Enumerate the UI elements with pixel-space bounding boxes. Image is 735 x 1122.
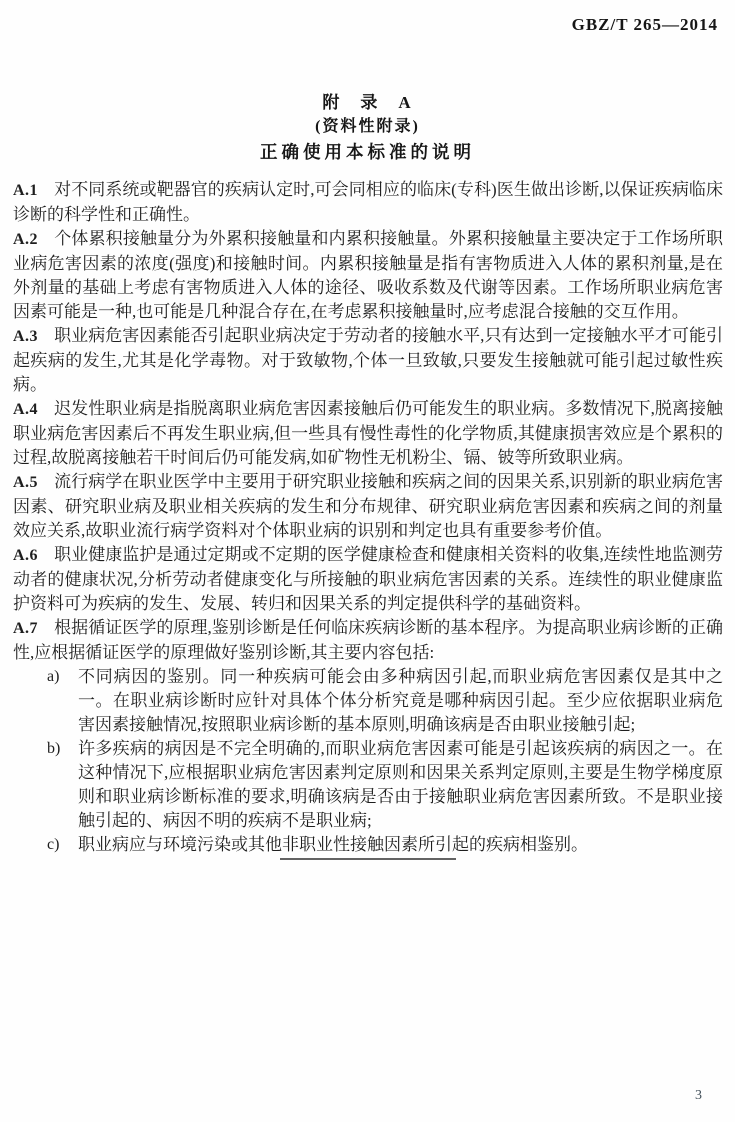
page-header: GBZ/T 265—2014 — [0, 15, 718, 35]
clause-a1: A.1对不同系统或靶器官的疾病认定时,可会同相应的临床(专科)医生做出诊断,以保… — [13, 178, 723, 227]
page-number: 3 — [695, 1088, 702, 1103]
clause-a3-label: A.3 — [13, 328, 38, 345]
standard-code: GBZ/T 265—2014 — [572, 15, 718, 34]
appendix-title-block: 附 录 A (资料性附录) 正确使用本标准的说明 — [0, 93, 735, 162]
clause-a1-text: 对不同系统或靶器官的疾病认定时,可会同相应的临床(专科)医生做出诊断,以保证疾病… — [13, 180, 723, 224]
list-item-c-text: 职业病应与环境污染或其他非职业性接触因素所引起的疾病相鉴别。 — [78, 835, 588, 854]
section-end-rule — [280, 858, 456, 860]
clause-a4-text: 迟发性职业病是指脱离职业病危害因素接触后仍可能发生的职业病。多数情况下,脱离接触… — [13, 399, 723, 467]
clause-a6: A.6职业健康监护是通过定期或不定期的医学健康检查和健康相关资料的收集,连续性地… — [13, 543, 723, 616]
list-item-a: a)不同病因的鉴别。同一种疾病可能会由多种病因引起,而职业病危害因素仅是其中之一… — [13, 665, 723, 737]
appendix-subject: 正确使用本标准的说明 — [0, 142, 735, 162]
clause-a3-text: 职业病危害因素能否引起职业病决定于劳动者的接触水平,只有达到一定接触水平才可能引… — [13, 326, 723, 394]
page-footer: 3 — [0, 1086, 702, 1104]
clause-a2: A.2个体累积接触量分为外累积接触量和内累积接触量。外累积接触量主要决定于工作场… — [13, 227, 723, 324]
clause-a4: A.4迟发性职业病是指脱离职业病危害因素接触后仍可能发生的职业病。多数情况下,脱… — [13, 397, 723, 470]
document-page: GBZ/T 265—2014 附 录 A (资料性附录) 正确使用本标准的说明 … — [0, 0, 735, 1122]
clause-a7-text: 根据循证医学的原理,鉴别诊断是任何临床疾病诊断的基本程序。为提高职业病诊断的正确… — [13, 618, 723, 662]
list-item-a-text: 不同病因的鉴别。同一种疾病可能会由多种病因引起,而职业病危害因素仅是其中之一。在… — [78, 667, 723, 734]
list-item-b: b)许多疾病的病因是不完全明确的,而职业病危害因素可能是引起该疾病的病因之一。在… — [13, 737, 723, 833]
clause-a1-label: A.1 — [13, 182, 38, 199]
clause-a4-label: A.4 — [13, 401, 38, 418]
clause-a7: A.7根据循证医学的原理,鉴别诊断是任何临床疾病诊断的基本程序。为提高职业病诊断… — [13, 616, 723, 665]
clause-a5-text: 流行病学在职业医学中主要用于研究职业接触和疾病之间的因果关系,识别新的职业病危害… — [13, 472, 723, 540]
clause-a6-label: A.6 — [13, 547, 38, 564]
clause-a7-label: A.7 — [13, 620, 38, 637]
list-item-c: c)职业病应与环境污染或其他非职业性接触因素所引起的疾病相鉴别。 — [13, 833, 723, 857]
clause-a2-text: 个体累积接触量分为外累积接触量和内累积接触量。外累积接触量主要决定于工作场所职业… — [13, 229, 723, 321]
body-text: A.1对不同系统或靶器官的疾病认定时,可会同相应的临床(专科)医生做出诊断,以保… — [13, 178, 723, 857]
appendix-type: (资料性附录) — [0, 118, 735, 136]
list-item-a-label: a) — [47, 665, 59, 689]
list-item-b-text: 许多疾病的病因是不完全明确的,而职业病危害因素可能是引起该疾病的病因之一。在这种… — [78, 739, 723, 830]
clause-a3: A.3职业病危害因素能否引起职业病决定于劳动者的接触水平,只有达到一定接触水平才… — [13, 324, 723, 397]
clause-a5: A.5流行病学在职业医学中主要用于研究职业接触和疾病之间的因果关系,识别新的职业… — [13, 470, 723, 543]
clause-a6-text: 职业健康监护是通过定期或不定期的医学健康检查和健康相关资料的收集,连续性地监测劳… — [13, 545, 723, 613]
appendix-heading: 附 录 A — [0, 93, 735, 112]
list-item-c-label: c) — [47, 833, 59, 857]
clause-a2-label: A.2 — [13, 231, 38, 248]
list-item-b-label: b) — [47, 737, 60, 761]
clause-a5-label: A.5 — [13, 474, 38, 491]
